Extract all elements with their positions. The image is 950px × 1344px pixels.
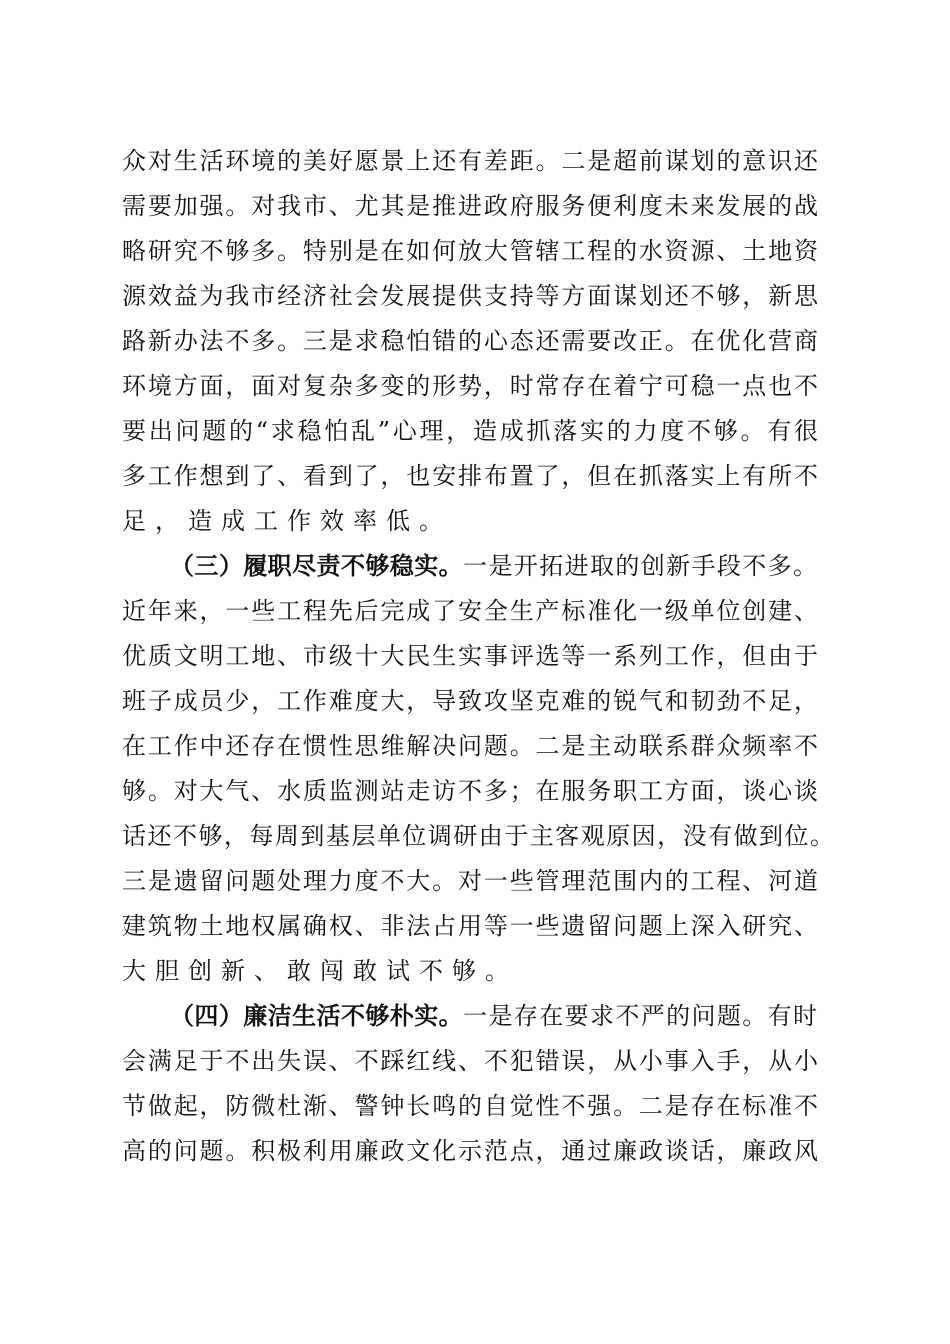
text-line: 够。对大气、水质监测站走访不多；在服务职工方面，谈心谈: [122, 773, 818, 818]
section-lead-text: 一是开拓进取的创新手段不多。: [463, 552, 818, 580]
section-heading-3: （三）履职尽责不够稳实。: [170, 551, 463, 580]
section-heading-4: （四）廉洁生活不够朴实。: [170, 1001, 463, 1030]
text-line: 三是遗留问题处理力度不大。对一些管理范围内的工程、河道: [122, 863, 818, 908]
text-line: 大胆创新、敢闯敢试不够。: [122, 953, 818, 998]
section-first-line: （三）履职尽责不够稳实。一是开拓进取的创新手段不多。: [122, 548, 818, 593]
section-first-line: （四）廉洁生活不够朴实。一是存在要求不严的问题。有时: [122, 998, 818, 1043]
text-line: 需要加强。对我市、尤其是推进政府服务便利度未来发展的战: [122, 188, 818, 233]
paragraph-section-4: （四）廉洁生活不够朴实。一是存在要求不严的问题。有时 会满足于不出失误、不踩红线…: [122, 998, 818, 1178]
text-line: 节做起，防微杜渐、警钟长鸣的自觉性不强。二是存在标准不: [122, 1088, 818, 1133]
text-line: 路新办法不多。三是求稳怕错的心态还需要改正。在优化营商: [122, 323, 818, 368]
text-line: 环境方面，面对复杂多变的形势，时常存在着宁可稳一点也不: [122, 368, 818, 413]
text-line: 足，造成工作效率低。: [122, 503, 818, 548]
paragraph-continuation: 众对生活环境的美好愿景上还有差距。二是超前谋划的意识还 需要加强。对我市、尤其是…: [122, 143, 818, 548]
text-line: 源效益为我市经济社会发展提供支持等方面谋划还不够，新思: [122, 278, 818, 323]
text-line: 高的问题。积极利用廉政文化示范点，通过廉政谈话，廉政风: [122, 1133, 818, 1178]
text-line: 众对生活环境的美好愿景上还有差距。二是超前谋划的意识还: [122, 143, 818, 188]
text-line: 要出问题的“求稳怕乱”心理，造成抓落实的力度不够。有很: [122, 413, 818, 458]
text-line: 班子成员少，工作难度大，导致攻坚克难的锐气和韧劲不足，: [122, 683, 818, 728]
text-line: 建筑物土地权属确权、非法占用等一些遗留问题上深入研究、: [122, 908, 818, 953]
document-body: 众对生活环境的美好愿景上还有差距。二是超前谋划的意识还 需要加强。对我市、尤其是…: [122, 143, 818, 1178]
text-line: 在工作中还存在惯性思维解决问题。二是主动联系群众频率不: [122, 728, 818, 773]
text-line: 优质文明工地、市级十大民生实事评选等一系列工作，但由于: [122, 638, 818, 683]
document-page: 众对生活环境的美好愿景上还有差距。二是超前谋划的意识还 需要加强。对我市、尤其是…: [0, 0, 950, 1344]
text-line: 近年来，一些工程先后完成了安全生产标准化一级单位创建、: [122, 593, 818, 638]
text-line: 略研究不够多。特别是在如何放大管辖工程的水资源、土地资: [122, 233, 818, 278]
paragraph-section-3: （三）履职尽责不够稳实。一是开拓进取的创新手段不多。 近年来，一些工程先后完成了…: [122, 548, 818, 998]
section-lead-text: 一是存在要求不严的问题。有时: [463, 1002, 818, 1030]
text-line: 会满足于不出失误、不踩红线、不犯错误，从小事入手，从小: [122, 1043, 818, 1088]
text-line: 话还不够，每周到基层单位调研由于主客观原因，没有做到位。: [122, 818, 834, 863]
text-line: 多工作想到了、看到了，也安排布置了，但在抓落实上有所不: [122, 458, 818, 503]
